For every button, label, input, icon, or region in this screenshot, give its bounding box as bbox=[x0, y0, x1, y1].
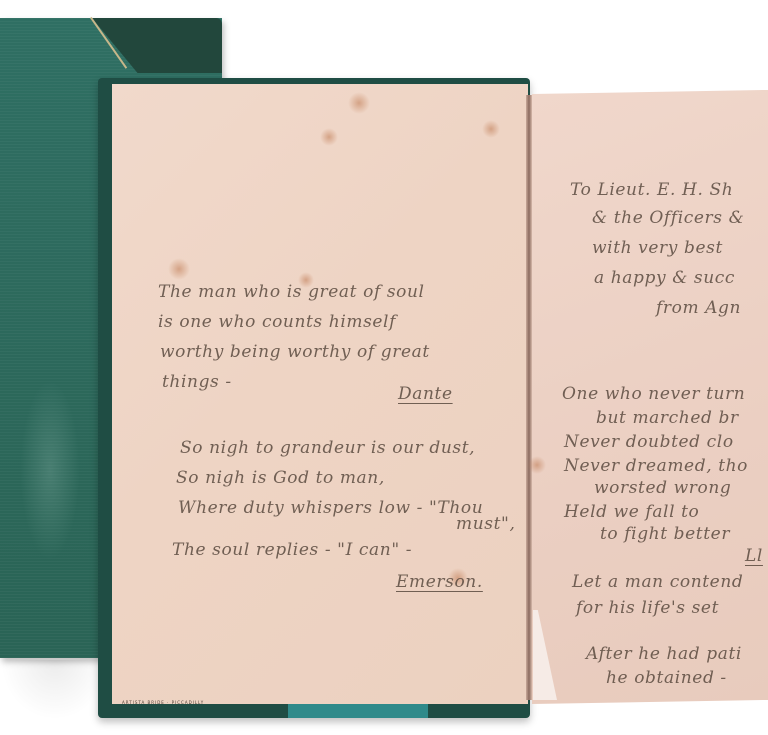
handwritten-line: The man who is great of soul bbox=[158, 282, 425, 302]
handwritten-line: worthy being worthy of great bbox=[160, 342, 430, 362]
handwritten-line: is one who counts himself bbox=[158, 312, 396, 332]
handwritten-line: Never dreamed, tho bbox=[564, 456, 748, 476]
printer-stamp: ARTISTA BRIDE · PICCADILLY bbox=[122, 700, 204, 705]
book-gutter bbox=[526, 95, 532, 700]
attribution-emerson: Emerson. bbox=[396, 572, 483, 592]
foxing-spot bbox=[528, 456, 546, 474]
handwritten-line: So nigh to grandeur is our dust, bbox=[180, 438, 475, 458]
handwritten-line: Never doubted clo bbox=[564, 432, 734, 452]
handwritten-line: Let a man contend bbox=[572, 572, 743, 592]
left-page bbox=[112, 84, 528, 704]
dedication-line: To Lieut. E. H. Sh bbox=[570, 180, 733, 200]
handwritten-line: must", bbox=[456, 514, 515, 534]
handwritten-line: but marched br bbox=[596, 408, 739, 428]
handwritten-line: After he had pati bbox=[586, 644, 742, 664]
attribution-partial: Ll bbox=[745, 546, 763, 566]
handwritten-line: things - bbox=[162, 372, 232, 392]
attribution-dante: Dante bbox=[398, 384, 453, 404]
dedication-line: from Agn bbox=[656, 298, 741, 318]
dedication-line: & the Officers & bbox=[592, 208, 744, 228]
handwritten-line: Where duty whispers low - "Thou bbox=[178, 498, 483, 518]
floor-shadow bbox=[0, 660, 110, 720]
spine-strip bbox=[288, 702, 428, 718]
dedication-line: a happy & succ bbox=[594, 268, 735, 288]
foxing-spot bbox=[168, 258, 190, 280]
foxing-spot bbox=[320, 128, 338, 146]
handwritten-line: So nigh is God to man, bbox=[176, 468, 385, 488]
handwritten-line: Held we fall to bbox=[564, 502, 699, 522]
handwritten-line: The soul replies - "I can" - bbox=[172, 540, 412, 560]
handwritten-line: worsted wrong bbox=[594, 478, 731, 498]
handwritten-line: he obtained - bbox=[606, 668, 727, 688]
handwritten-line: One who never turn bbox=[562, 384, 745, 404]
foxing-spot bbox=[482, 120, 500, 138]
dedication-line: with very best bbox=[592, 238, 723, 258]
cover-wear bbox=[20, 380, 80, 560]
foxing-spot bbox=[348, 92, 370, 114]
handwritten-line: to fight better bbox=[600, 524, 730, 544]
handwritten-line: for his life's set bbox=[576, 598, 719, 618]
